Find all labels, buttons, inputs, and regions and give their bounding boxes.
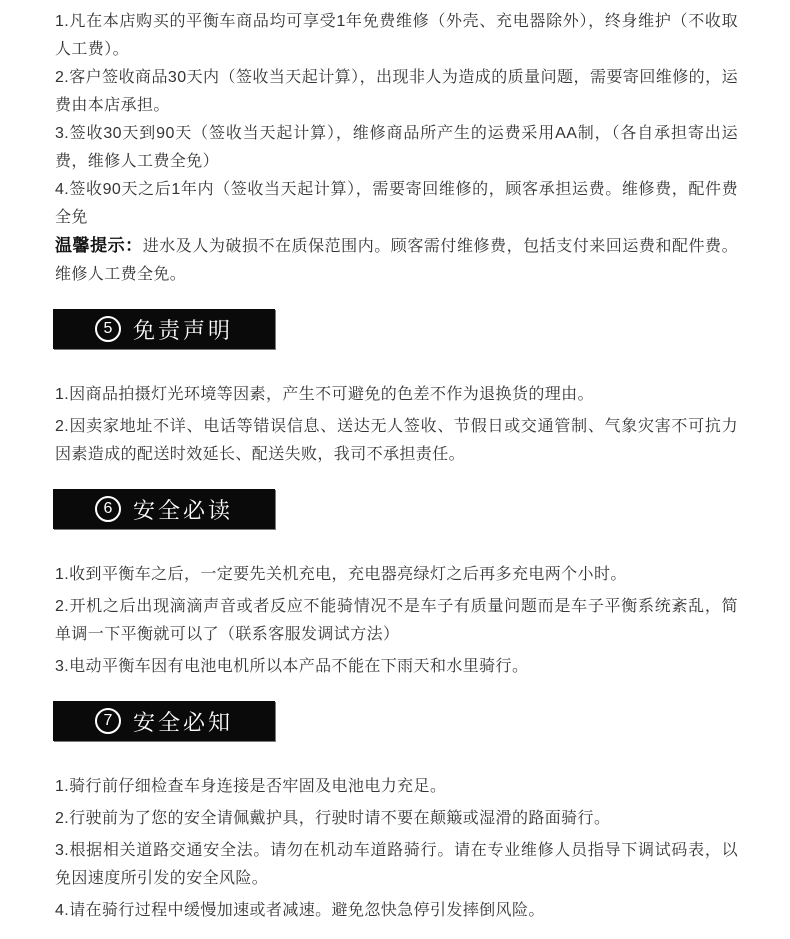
warranty-term-4: 4.签收90天之后1年内（签收当天起计算），需要寄回维修的，顾客承担运费。维修费…: [55, 176, 738, 232]
warranty-term-1: 1.凡在本店购买的平衡车商品均可享受1年免费维修（外壳、充电器除外），终身维护（…: [55, 8, 738, 64]
safety-mustknow-item-3: 3.根据相关道路交通安全法。请勿在机动车道路骑行。请在专业维修人员指导下调试码表…: [55, 837, 738, 893]
warranty-term-2: 2.客户签收商品30天内（签收当天起计算），出现非人为造成的质量问题，需要寄回维…: [55, 64, 738, 120]
safety-mustread-item-2: 2.开机之后出现滴滴声音或者反应不能骑情况不是车子有质量问题而是车子平衡系统紊乱…: [55, 593, 738, 649]
section-title-disclaimer: 免责声明: [133, 314, 233, 345]
warm-tip-text: 进水及人为破损不在质保范围内。顾客需付维修费，包括支付来回运费和配件费。维修人工…: [55, 238, 738, 283]
section-title-safety-mustknow: 安全必知: [133, 706, 233, 737]
safety-mustread-item-3: 3.电动平衡车因有电池电机所以本产品不能在下雨天和水里骑行。: [55, 653, 738, 681]
safety-mustread-item-1: 1.收到平衡车之后，一定要先关机充电，充电器亮绿灯之后再多充电两个小时。: [55, 561, 738, 589]
disclaimer-item-1: 1.因商品拍摄灯光环境等因素，产生不可避免的色差不作为退换货的理由。: [55, 381, 738, 409]
warranty-term-3: 3.签收30天到90天（签收当天起计算），维修商品所产生的运费采用AA制，（各自…: [55, 120, 738, 176]
product-service-terms-page: 1.凡在本店购买的平衡车商品均可享受1年免费维修（外壳、充电器除外），终身维护（…: [0, 0, 790, 939]
safety-mustknow-item-4: 4.请在骑行过程中缓慢加速或者减速。避免忽快急停引发摔倒风险。: [55, 897, 738, 925]
safety-mustknow-item-1: 1.骑行前仔细检查车身连接是否牢固及电池电力充足。: [55, 773, 738, 801]
circled-number-6-icon: 6: [95, 496, 121, 522]
section-badge-safety-mustknow: 7 安全必知: [53, 701, 275, 741]
warm-tip: 温馨提示：进水及人为破损不在质保范围内。顾客需付维修费，包括支付来回运费和配件费…: [55, 232, 738, 289]
section-badge-safety-mustread: 6 安全必读: [53, 489, 275, 529]
circled-number-7-icon: 7: [95, 708, 121, 734]
safety-mustknow-item-2: 2.行驶前为了您的安全请佩戴护具，行驶时请不要在颠簸或湿滑的路面骑行。: [55, 805, 738, 833]
warm-tip-label: 温馨提示：: [55, 236, 143, 255]
disclaimer-item-2: 2.因卖家地址不详、电话等错误信息、送达无人签收、节假日或交通管制、气象灾害不可…: [55, 413, 738, 469]
section-title-safety-mustread: 安全必读: [133, 494, 233, 525]
section-badge-disclaimer: 5 免责声明: [53, 309, 275, 349]
circled-number-5-icon: 5: [95, 316, 121, 342]
